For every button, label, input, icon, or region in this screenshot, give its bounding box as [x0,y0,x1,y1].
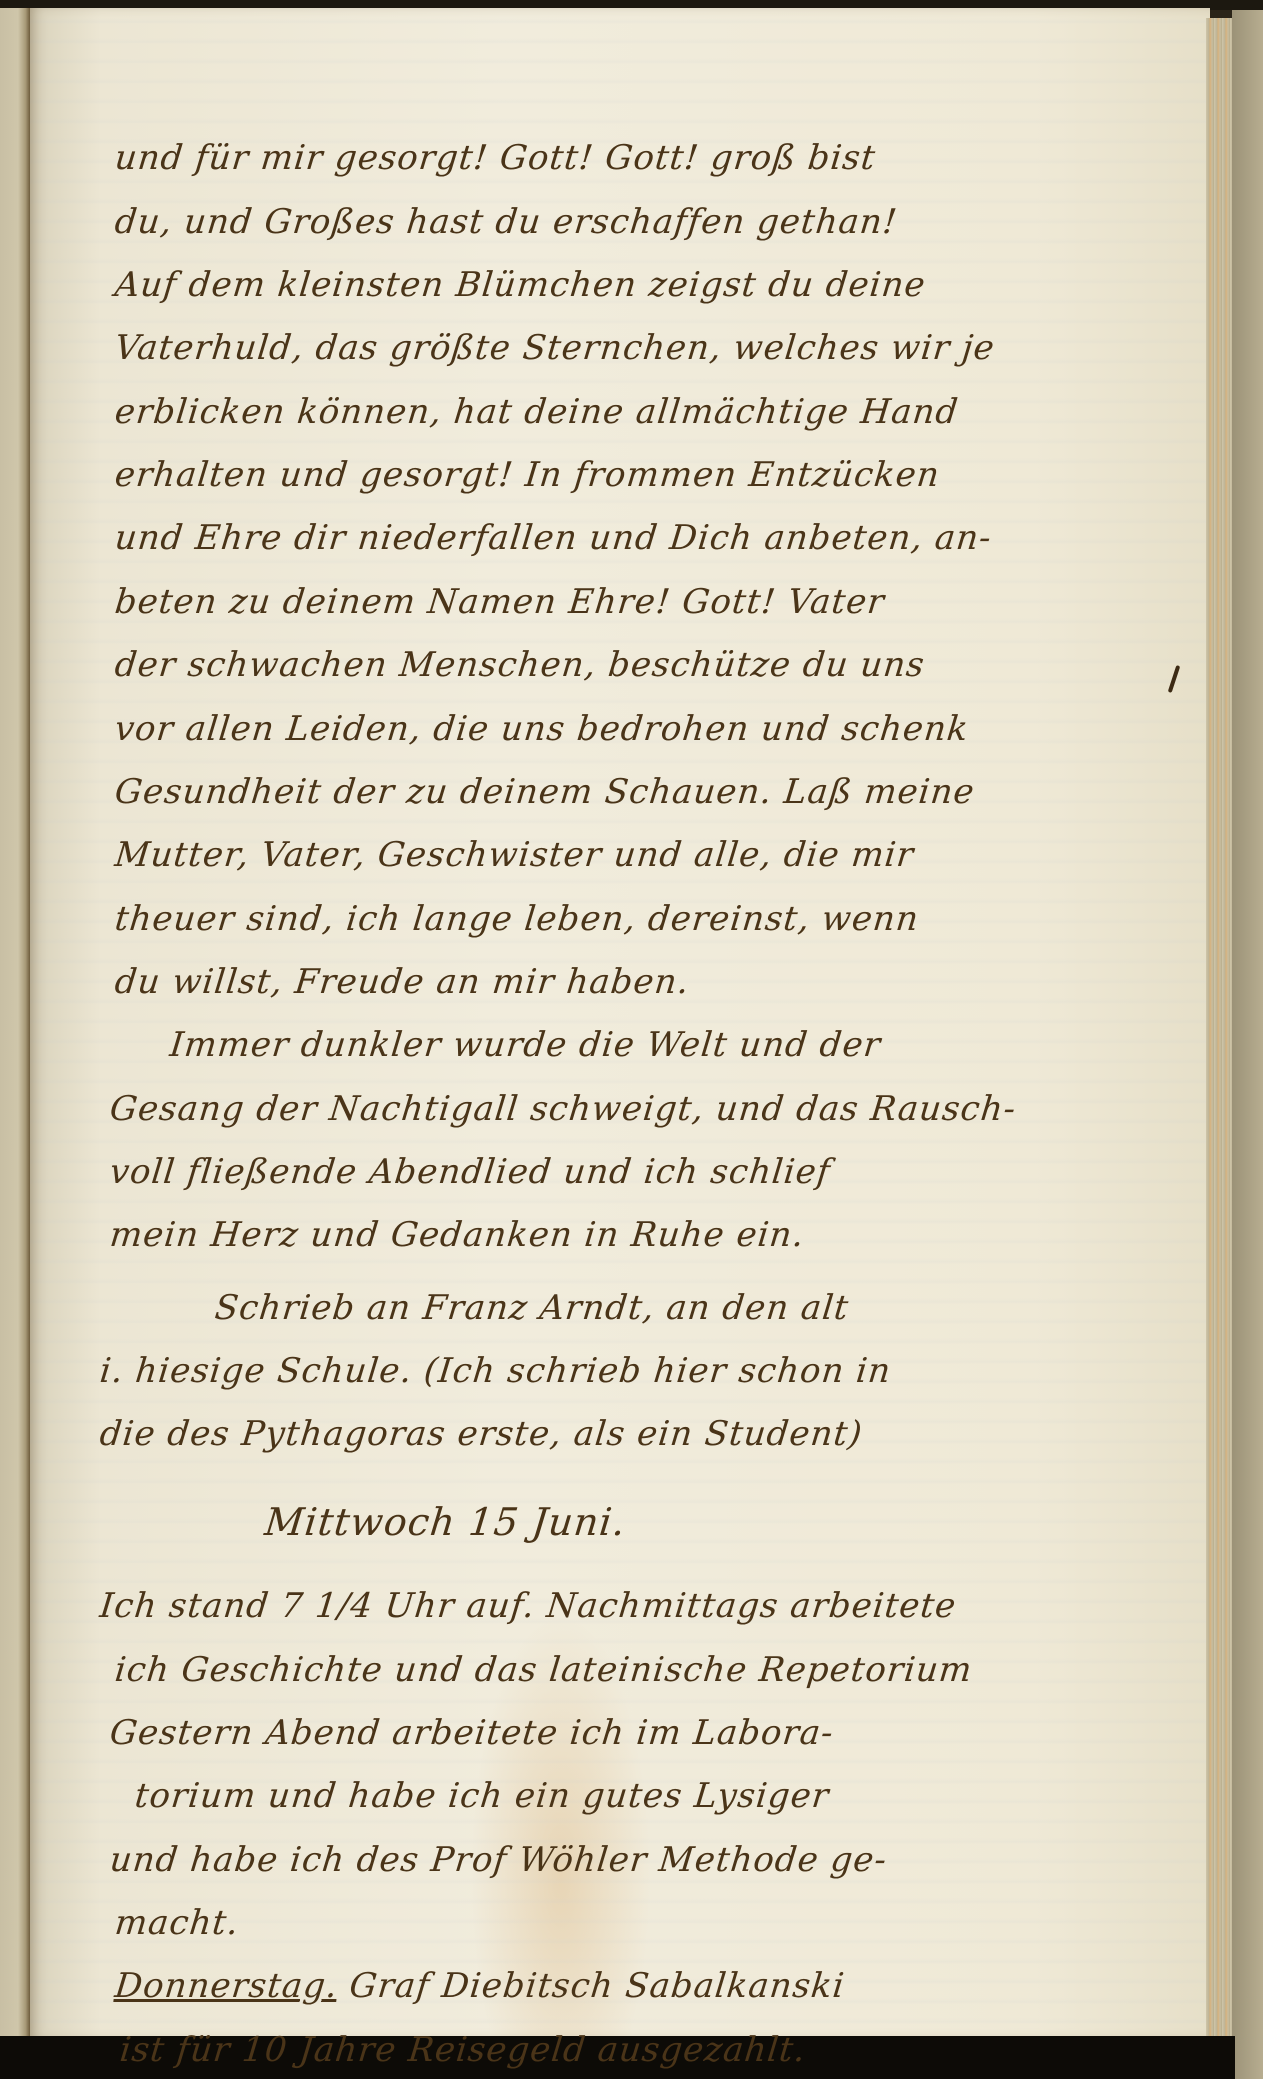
handwritten-line: Gesang der Nachtigall schweigt, und das … [108,1089,1018,1129]
handwritten-line: Mutter, Vater, Geschwister und alle, die… [113,835,916,875]
handwritten-line: torium und habe ich ein gutes Lysiger [133,1776,831,1816]
handwritten-line: Gesundheit der zu deinem Schauen. Laß me… [113,772,977,812]
handwritten-line: du, und Großes hast du erschaffen gethan… [113,202,900,242]
handwritten-line: und Ehre dir niederfallen und Dich anbet… [113,518,994,558]
handwritten-line: Donnerstag. Graf Diebitsch Sabalkanski [113,1966,847,2006]
handwritten-line: vor allen Leiden, die uns bedrohen und s… [113,709,971,749]
handwritten-line: ich Geschichte und das lateinische Repet… [113,1650,974,1690]
handwritten-line: Ich stand 7 1/4 Uhr auf. Nachmittags arb… [98,1586,959,1626]
handwritten-line: beten zu deinem Namen Ehre! Gott! Vater [113,582,887,622]
handwritten-line: erhalten und gesorgt! In frommen Entzück… [113,455,942,495]
handwritten-line: macht. [113,1903,241,1943]
handwritten-line: Immer dunkler wurde die Welt und der [168,1025,883,1065]
handwritten-line: ist für 10 Jahre Reisegeld ausgezahlt. [118,2030,808,2070]
handwritten-text-block: und für mir gesorgt! Gott! Gott! groß bi… [0,0,1263,2079]
handwritten-line: theuer sind, ich lange leben, dereinst, … [113,899,921,939]
handwritten-line: i. hiesige Schule. (Ich schrieb hier sch… [98,1351,893,1391]
handwritten-line: voll fließende Abendlied und ich schlief [108,1152,833,1192]
handwritten-line: Vaterhuld, das größte Sternchen, welches… [113,328,997,368]
handwritten-line: Auf dem kleinsten Blümchen zeigst du dei… [113,265,928,305]
handwritten-line: mein Herz und Gedanken in Ruhe ein. [108,1215,807,1255]
handwritten-line: du willst, Freude an mir haben. [113,962,692,1002]
date-heading: Mittwoch 15 Juni. [263,1500,628,1544]
underlined-day-label: Donnerstag. [113,1966,340,2006]
handwritten-line: Schrieb an Franz Arndt, an den alt [213,1288,851,1328]
handwritten-line: erblicken können, hat deine allmächtige … [113,392,961,432]
handwritten-line: der schwachen Menschen, beschütze du uns [113,645,927,685]
handwritten-line: die des Pythagoras erste, als ein Studen… [98,1414,865,1454]
handwritten-line: und für mir gesorgt! Gott! Gott! groß bi… [113,138,878,178]
handwritten-line: und habe ich des Prof Wöhler Methode ge- [108,1840,889,1880]
manuscript-scan: und für mir gesorgt! Gott! Gott! groß bi… [0,0,1263,2079]
handwritten-line: Gestern Abend arbeitete ich im Labora- [108,1713,836,1753]
